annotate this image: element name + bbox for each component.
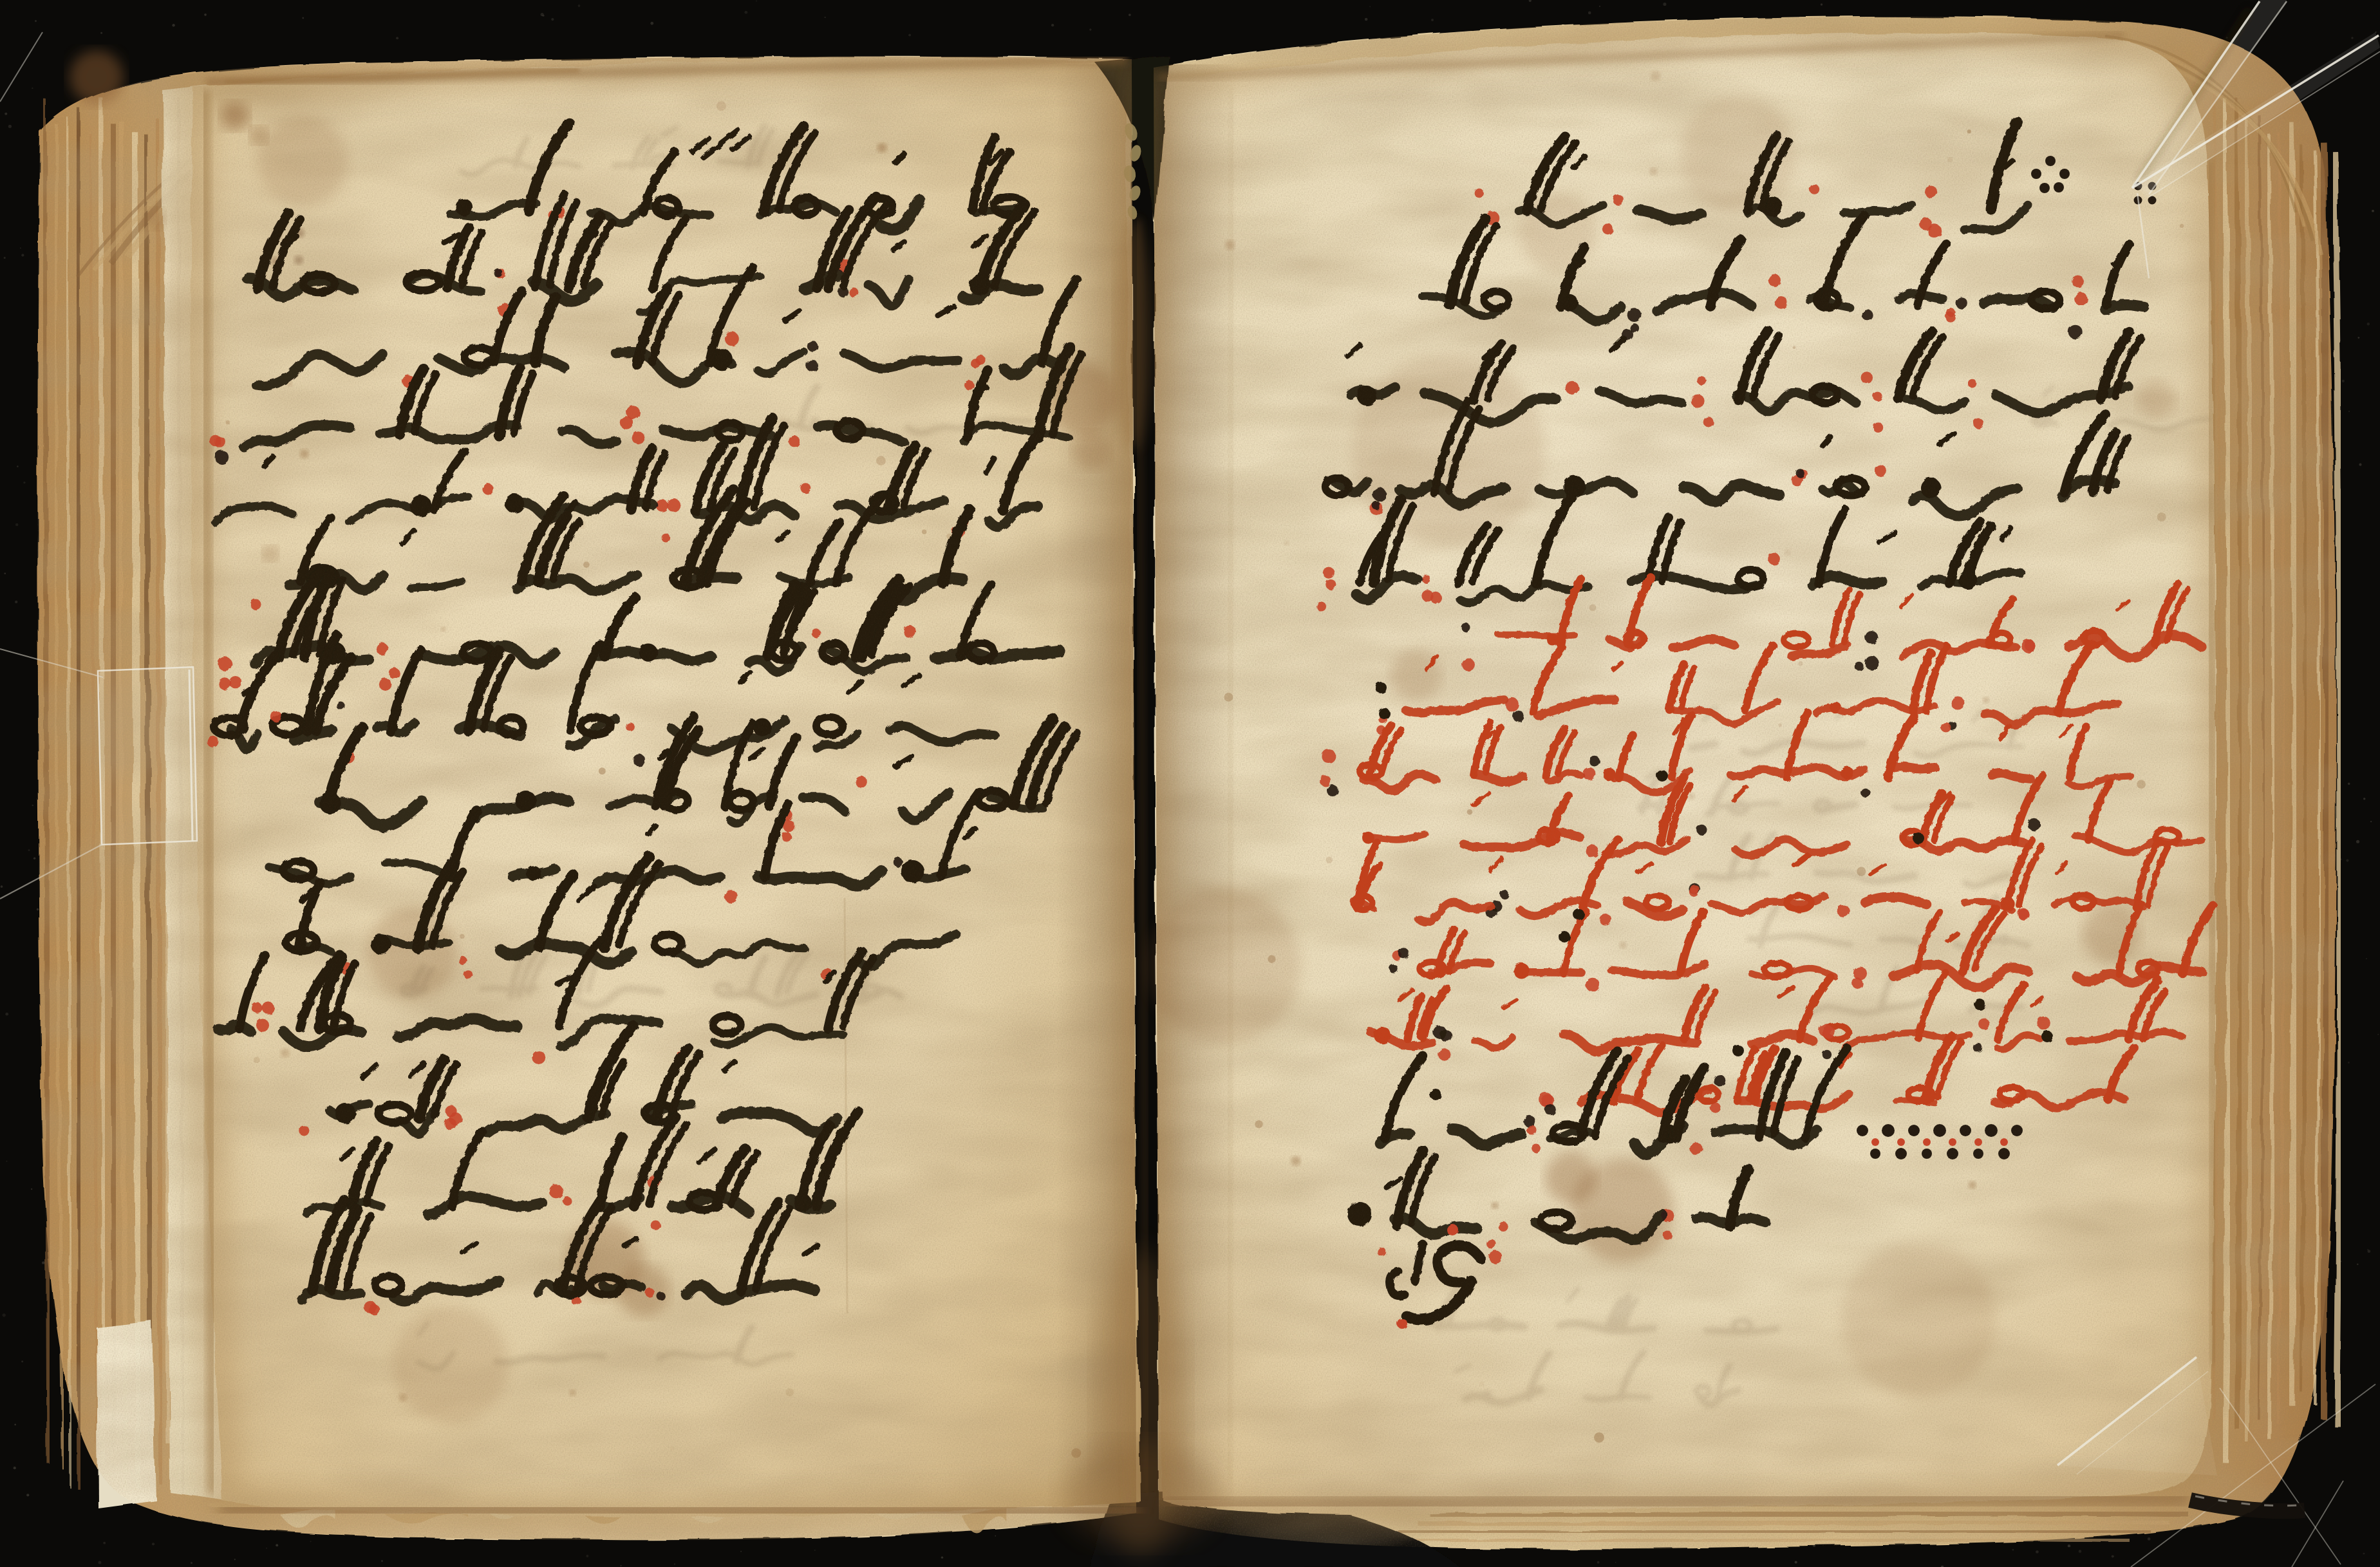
fine-grain-overlay [0, 0, 2380, 1567]
open-codex [0, 0, 2380, 1567]
mylar-tab [98, 667, 197, 845]
manuscript-photo [0, 0, 2380, 1567]
manuscript-photo-canvas [0, 0, 2380, 1567]
